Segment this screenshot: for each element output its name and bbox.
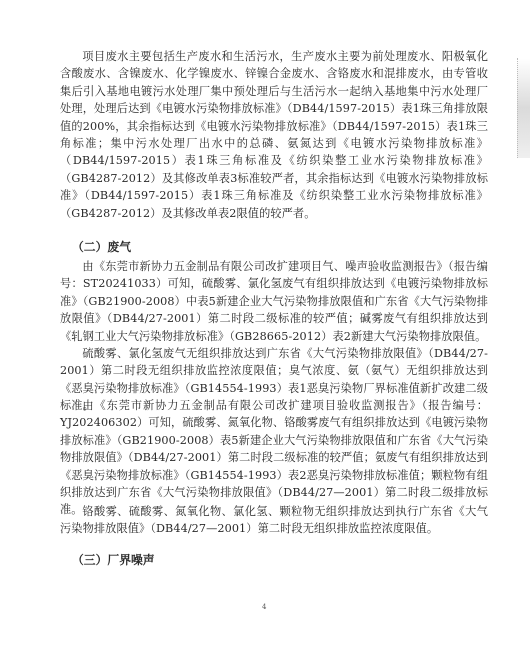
waste-gas-paragraph-3: 由《东莞市新协力五金制品有限公司改扩建项目验收监测报告》（报告编号：YJ2024… bbox=[60, 397, 488, 519]
waste-gas-paragraph-1: 由《东莞市新协力五金制品有限公司改扩建项目气、噪声验收监测报告》（报告编号：ST… bbox=[60, 258, 488, 345]
section-heading-waste-gas: （二）废气 bbox=[72, 238, 131, 255]
section-heading-noise: （三）厂界噪声 bbox=[72, 551, 155, 568]
waste-gas-paragraph-4: 铬酸雾、硫酸雾、氮氧化物、氯化氢、颗粒物无组织排放达到执行广东省《大气污染物排放… bbox=[60, 503, 488, 538]
page-number: 4 bbox=[262, 603, 266, 611]
document-page: 项目废水主要包括生产废水和生活污水，生产废水主要为前处理废水、阳极氧化含酸废水、… bbox=[0, 0, 530, 650]
wastewater-paragraph: 项目废水主要包括生产废水和生活污水，生产废水主要为前处理废水、阳极氧化含酸废水、… bbox=[60, 48, 488, 222]
seal-stamp-edge bbox=[517, 58, 530, 158]
